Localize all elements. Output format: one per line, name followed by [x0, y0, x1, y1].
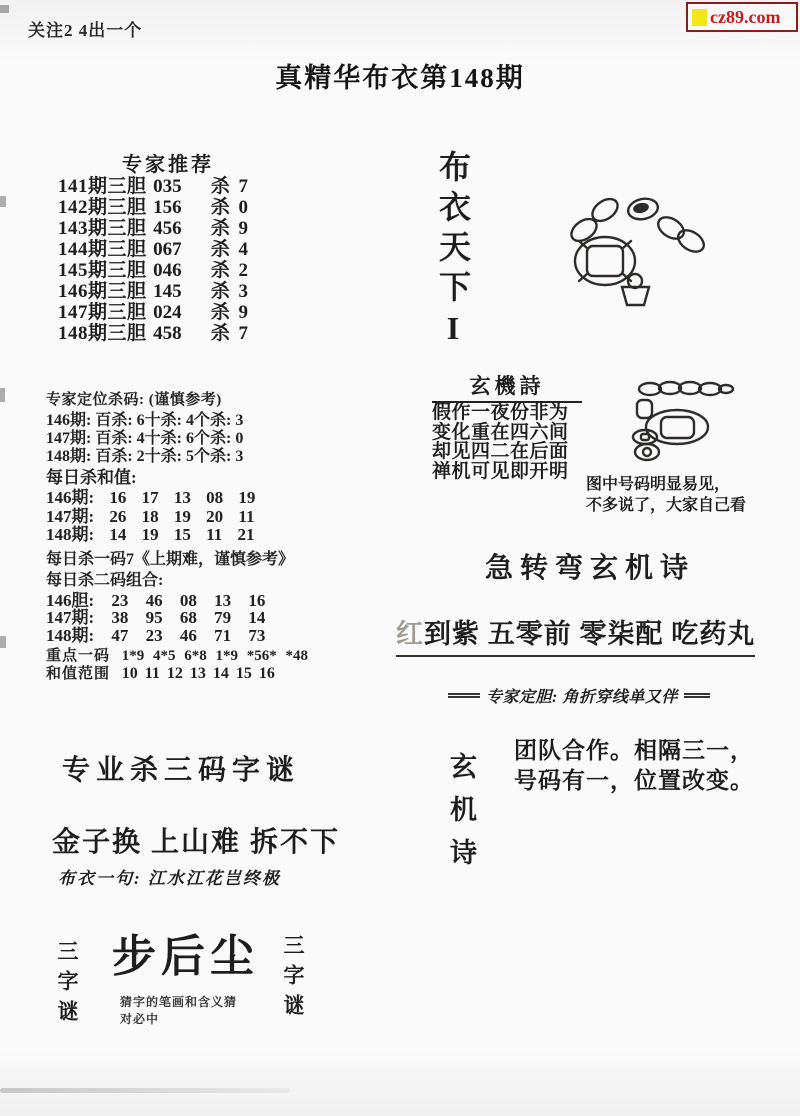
- kill-position-row: 146期: 百杀: 6十杀: 4个杀: 3: [46, 407, 376, 425]
- daily-kill-two-heading: 每日杀二码组合:: [46, 567, 376, 586]
- sum-range-value: 10 11 12 13 14 15 16: [122, 665, 275, 682]
- three-char-note-line2: 对必中: [120, 1011, 237, 1028]
- sharp-turn-heading: 急转弯玄机诗: [440, 546, 740, 586]
- xuanji-caption: 图中号码明显易见， 不多说了，大家自己看: [586, 474, 746, 516]
- buyi-tianxia-title: 布衣天下I: [430, 150, 476, 354]
- three-char-note-line1: 猜字的笔画和含义猜: [120, 994, 237, 1011]
- daily-kill-sum-row: 147期: 26 18 19 20 11: [46, 502, 376, 521]
- three-char-label-right: 三字谜: [278, 934, 308, 1024]
- buyi-sentence: 布衣一句: 江水江花岂终极: [58, 864, 281, 889]
- page-title: 真精华布衣第148期: [0, 56, 800, 95]
- team-poem-line1: 团队合作。相隔三一，: [514, 736, 754, 766]
- yellow-square-icon: [692, 9, 707, 26]
- row-issue: 148期三胆: [58, 318, 151, 345]
- kill-position-heading: 专家定位杀码: (谨慎参考): [46, 388, 376, 407]
- scan-artifact: [0, 388, 5, 402]
- xuanji-caption-line1: 图中号码明显易见，: [586, 474, 746, 495]
- expert-dingdan-text: 专家定胆: 角折穿线单又伴: [486, 684, 678, 707]
- row-kill-num: 7: [239, 323, 249, 345]
- team-poem-line2: 号码有一，位置改变。: [514, 766, 754, 796]
- scan-artifact: [0, 636, 6, 648]
- row-dan: 456: [153, 218, 197, 240]
- daily-kill-sum-row: 146期: 16 17 13 08 19: [46, 483, 376, 502]
- xuanji-poem-line: 却见四二在后面: [432, 442, 582, 462]
- three-code-heading: 专业杀三码字谜: [62, 748, 300, 788]
- logo-text: cz89.com: [710, 7, 780, 28]
- cz89-logo[interactable]: cz89.com: [686, 2, 798, 32]
- recommend-row: 141期三胆 035 杀 7: [58, 171, 248, 192]
- xuanji-poem-line: 禅机可见即开明: [432, 462, 582, 482]
- three-code-riddle: 金子换 上山难 拆不下: [52, 820, 340, 860]
- key-one-row: 重点一码 1*9 4*5 6*8 1*9 *56* *48: [46, 644, 376, 662]
- daily-kill-two-row: 146胆: 23 46 08 13 16: [46, 586, 376, 604]
- xuanji-poem-block: 玄機詩 假作一夜份非为 变化重在四六间 却见四二在后面 禅机可见即开明: [432, 370, 582, 481]
- top-note: 关注2 4出一个: [28, 16, 142, 41]
- daily-kill-two-row: 147期: 38 95 68 79 14: [46, 603, 376, 621]
- row-dan: 035: [153, 176, 197, 198]
- row-kill-num: 2: [239, 260, 249, 282]
- sum-range-row: 和值范围 10 11 12 13 14 15 16: [46, 662, 376, 680]
- daily-kill-one-line: 每日杀一码7《上期难，谨慎参考》: [46, 546, 376, 566]
- kill-position-row: 147期: 百杀: 4十杀: 6个杀: 0: [46, 425, 376, 443]
- team-poem-text: 团队合作。相隔三一， 号码有一，位置改变。: [514, 736, 754, 796]
- daily-kill-sum-row: 148期: 14 19 15 11 21: [46, 520, 376, 539]
- buyi-hand-drawing: [550, 186, 728, 318]
- sharp-turn-line: 红到紫 五零前 零柒配 吃药丸: [396, 612, 755, 657]
- row-dan: 067: [153, 239, 197, 261]
- team-poem-vertical-title: 玄机诗: [442, 752, 481, 881]
- row-dan: 145: [153, 281, 197, 303]
- scan-artifact: [0, 196, 6, 207]
- row-kill-num: 9: [239, 218, 249, 240]
- scan-page: 关注2 4出一个 cz89.com 真精华布衣第148期 专家推荐 141期三胆…: [0, 0, 800, 1116]
- row-kill-num: 3: [239, 281, 249, 303]
- sum-range-label: 和值范围: [46, 666, 110, 682]
- daily-kill-sum-heading: 每日杀和值:: [46, 463, 376, 483]
- row-kill-num: 9: [239, 302, 249, 324]
- row-kill-num: 7: [239, 176, 249, 198]
- xuanji-hand-drawing: [624, 378, 736, 464]
- three-char-note: 猜字的笔画和含义猜 对必中: [120, 994, 237, 1028]
- xuanji-caption-line2: 不多说了，大家自己看: [586, 495, 746, 516]
- row-kill-label: 杀: [211, 318, 233, 345]
- row-dan: 458: [153, 323, 197, 345]
- sharp-turn-rest: 到紫 五零前 零柒配 吃药丸: [424, 619, 755, 649]
- daily-kill-two-row: 148期: 47 23 46 71 73: [46, 621, 376, 639]
- row-kill-num: 0: [239, 197, 249, 219]
- three-char-label-left: 三字谜: [52, 940, 82, 1030]
- xuanji-poem-line: 假作一夜份非为: [432, 403, 582, 423]
- row-kill-num: 4: [239, 239, 249, 261]
- double-line-left: [448, 693, 480, 698]
- kill-section: 专家定位杀码: (谨慎参考) 146期: 百杀: 6十杀: 4个杀: 3 147…: [46, 388, 376, 680]
- double-line-right: [684, 693, 710, 698]
- expert-dingdan-row: 专家定胆: 角折穿线单又伴: [448, 684, 730, 707]
- kill-position-row: 148期: 百杀: 2十杀: 5个杀: 3: [46, 443, 376, 461]
- row-dan: 024: [153, 302, 197, 324]
- xuanji-poem-heading: 玄機詩: [432, 370, 582, 403]
- scan-artifact: [0, 1088, 290, 1093]
- sharp-turn-faded-char: 红: [396, 619, 424, 649]
- row-dan: 156: [153, 197, 197, 219]
- three-char-answer: 步后尘: [112, 920, 259, 984]
- scan-artifact: [0, 5, 9, 13]
- row-dan: 046: [153, 260, 197, 282]
- xuanji-poem-line: 变化重在四六间: [432, 423, 582, 443]
- expert-recommend-list: 141期三胆 035 杀 7 142期三胆 156 杀 0 143期三胆 456…: [58, 171, 248, 339]
